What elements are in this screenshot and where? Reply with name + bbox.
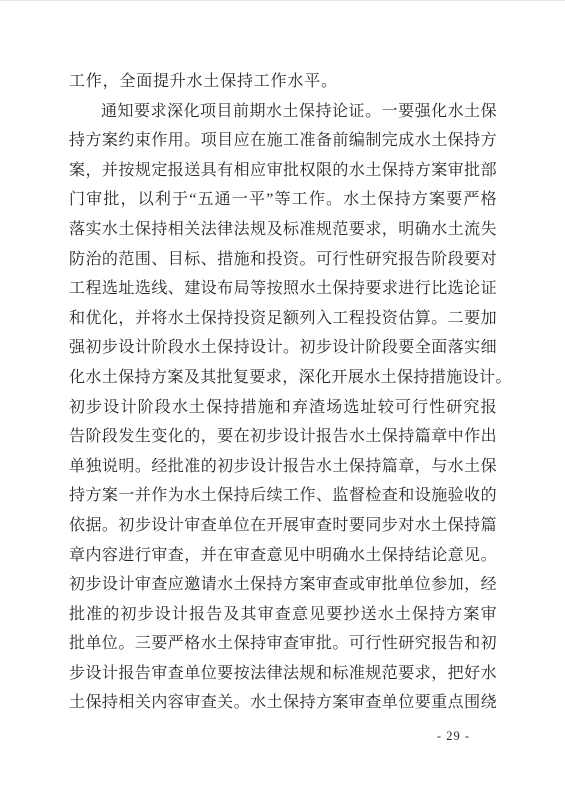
- text-line: 案，并按规定报送具有相应审批权限的水土保持方案审批部: [69, 156, 497, 186]
- text-line: 工程选址选线、建设布局等按照水土保持要求进行比选论证: [69, 274, 497, 304]
- document-page: 工作，全面提升水土保持工作水平。 通知要求深化项目前期水土保持论证。一要强化水土…: [0, 0, 565, 800]
- text-line: 持方案一并作为水土保持后续工作、监督检查和设施验收的: [69, 481, 497, 511]
- text-line: 门审批，以利于“五通一平”等工作。水土保持方案要严格: [69, 185, 497, 215]
- text-line: 初步设计审查应邀请水土保持方案审查或审批单位参加，经: [69, 570, 497, 600]
- text-line: 章内容进行审查，并在审查意见中明确水土保持结论意见。: [69, 541, 497, 571]
- text-line: 告阶段发生变化的，要在初步设计报告水土保持篇章中作出: [69, 422, 497, 452]
- text-line: 依据。初步设计审查单位在开展审查时要同步对水土保持篇: [69, 511, 497, 541]
- text-line: 土保持相关内容审查关。水土保持方案审查单位要重点围绕: [69, 688, 497, 718]
- page-number: - 29 -: [437, 729, 470, 744]
- text-line: 防治的范围、目标、措施和投资。可行性研究报告阶段要对: [69, 245, 497, 275]
- text-line: 批准的初步设计报告及其审查意见要抄送水土保持方案审: [69, 600, 497, 630]
- text-line: 初步设计阶段水土保持措施和弃渣场选址较可行性研究报: [69, 393, 497, 423]
- text-line: 强初步设计阶段水土保持设计。初步设计阶段要全面落实细: [69, 333, 497, 363]
- text-line: 和优化，并将水土保持投资足额列入工程投资估算。二要加: [69, 304, 497, 334]
- body-text: 工作，全面提升水土保持工作水平。 通知要求深化项目前期水土保持论证。一要强化水土…: [69, 67, 497, 718]
- text-line: 落实水土保持相关法律法规及标准规范要求，明确水土流失: [69, 215, 497, 245]
- text-line: 步设计报告审查单位要按法律法规和标准规范要求，把好水: [69, 659, 497, 689]
- text-line: 工作，全面提升水土保持工作水平。: [69, 67, 497, 97]
- text-line: 单独说明。经批准的初步设计报告水土保持篇章，与水土保: [69, 452, 497, 482]
- text-line: 批单位。三要严格水土保持审查审批。可行性研究报告和初: [69, 629, 497, 659]
- text-line: 持方案约束作用。项目应在施工准备前编制完成水土保持方: [69, 126, 497, 156]
- text-line: 化水土保持方案及其批复要求，深化开展水土保持措施设计。: [69, 363, 497, 393]
- text-line: 通知要求深化项目前期水土保持论证。一要强化水土保: [69, 97, 497, 127]
